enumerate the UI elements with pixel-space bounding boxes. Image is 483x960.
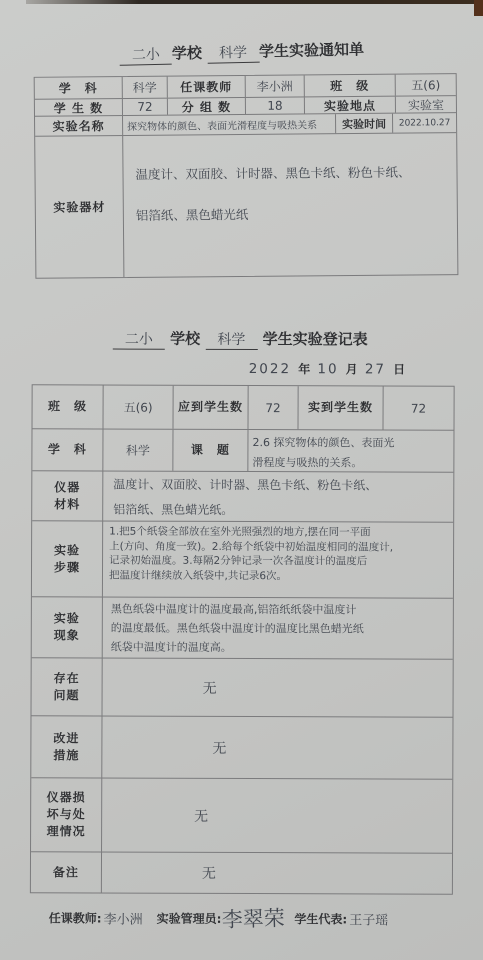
form2-title-subject-blank: 科学 bbox=[205, 329, 257, 350]
form1-title-suffix: 学生实验通知单 bbox=[259, 40, 364, 60]
class-label: 班 级 bbox=[33, 385, 103, 428]
form1-row-1: 学 科 科学 任课教师 李小洲 班 级 五(6) bbox=[35, 74, 456, 99]
form1-title: 二小学校 科学学生实验通知单 bbox=[0, 36, 483, 69]
experiment-time-label: 实验时间 bbox=[335, 114, 392, 133]
document-photo: 二小学校 科学学生实验通知单 学 科 科学 任课教师 李小洲 班 级 五(6) … bbox=[0, 0, 483, 960]
background-corner bbox=[474, 0, 483, 16]
experiment-name-label: 实验名称 bbox=[35, 116, 122, 136]
experiment-time-value: 2022.10.27 bbox=[392, 113, 456, 133]
remarks-value: 无 bbox=[101, 853, 452, 894]
steps-label: 实验 步骤 bbox=[32, 521, 102, 596]
form1-title-subject-blank: 科学 bbox=[207, 42, 259, 64]
teacher-signature: 李小洲 bbox=[104, 908, 143, 927]
problems-value: 无 bbox=[102, 659, 453, 717]
form2-date-line: 2022 年 10 月 27 日 bbox=[249, 360, 409, 378]
form2-title-school-label: 学校 bbox=[170, 330, 200, 348]
form2-row-problems: 存在 问题 无 bbox=[32, 657, 453, 716]
subject-label: 学 科 bbox=[35, 77, 122, 99]
damage-value: 无 bbox=[101, 779, 452, 853]
remarks-label: 备注 bbox=[31, 852, 101, 892]
improvements-label: 改进 措施 bbox=[31, 716, 101, 777]
location-value: 实验室 bbox=[395, 96, 456, 113]
form1-title-school-label: 学校 bbox=[172, 44, 202, 63]
form2-title-school-blank: 二小 bbox=[113, 329, 165, 350]
form2-title-suffix: 学生实验登记表 bbox=[263, 330, 368, 348]
actual-students-label: 实到学生数 bbox=[298, 386, 383, 429]
date-day-value: 27 bbox=[365, 361, 386, 377]
damage-label: 仪器损 坏与处 理情况 bbox=[31, 778, 101, 851]
date-year-label: 年 bbox=[298, 362, 310, 376]
student-rep-signature: 王子瑶 bbox=[349, 909, 388, 928]
group-count-label: 分 组 数 bbox=[167, 98, 245, 115]
form2-row-remarks: 备注 无 bbox=[31, 851, 452, 893]
form2-row-improvements: 改进 措施 无 bbox=[31, 715, 452, 778]
date-year-value: 2022 bbox=[249, 361, 291, 377]
form2-row-damage: 仪器损 坏与处 理情况 无 bbox=[31, 777, 452, 852]
class-value: 五(6) bbox=[103, 386, 173, 429]
subject-value: 科学 bbox=[102, 430, 172, 471]
form2-row-steps: 实验 步骤 1.把5个纸袋全部放在室外光照强烈的地方,摆在同一平面 上(方向、角… bbox=[32, 520, 453, 597]
date-month-value: 10 bbox=[317, 361, 338, 377]
topic-label: 课 题 bbox=[172, 430, 247, 471]
phenomenon-label: 实验 现象 bbox=[32, 597, 102, 657]
steps-value: 1.把5个纸袋全部放在室外光照强烈的地方,摆在同一平面 上(方向、角度一致)。2… bbox=[102, 522, 453, 598]
teacher-label: 任课教师 bbox=[167, 76, 245, 98]
topic-value: 2.6 探究物体的颜色、表面光 滑程度与吸热的关系。 bbox=[247, 430, 453, 472]
student-count-label: 学 生 数 bbox=[35, 99, 122, 116]
form2-signatures: 任课教师: 李小洲 实验管理员: 李翠荣 学生代表: 王子瑶 bbox=[49, 902, 459, 933]
subject-value: 科学 bbox=[122, 77, 167, 98]
expected-students-label: 应到学生数 bbox=[173, 386, 248, 429]
manager-signature-label: 实验管理员: bbox=[157, 909, 222, 926]
teacher-signature-label: 任课教师: bbox=[49, 909, 102, 926]
form2-row-class: 班 级 五(6) 应到学生数 72 实到学生数 72 bbox=[33, 385, 454, 429]
form2-row-materials: 仪器 材料 温度计、双面胶、计时器、黑色卡纸、粉色卡纸、 铝箔纸、黑色蜡光纸。 bbox=[32, 470, 453, 521]
form2-table: 班 级 五(6) 应到学生数 72 实到学生数 72 学 科 科学 课 题 2.… bbox=[30, 384, 455, 894]
paper-top-edge bbox=[26, 0, 477, 4]
student-count-value: 72 bbox=[122, 99, 167, 115]
location-label: 实验地点 bbox=[304, 97, 395, 114]
form2-row-phenomenon: 实验 现象 黑色纸袋中温度计的温度最高,铝箔纸纸袋中温度计 的温度最低。黑色纸袋… bbox=[32, 596, 453, 658]
phenomenon-value: 黑色纸袋中温度计的温度最高,铝箔纸纸袋中温度计 的温度最低。黑色纸袋中温度计的温… bbox=[102, 598, 453, 659]
student-rep-label: 学生代表: bbox=[294, 910, 347, 927]
form2-title: 二小 学校 科学 学生实验登记表 bbox=[0, 327, 482, 351]
manager-signature: 李翠荣 bbox=[221, 902, 285, 934]
class-value: 五(6) bbox=[395, 74, 456, 96]
expected-students-value: 72 bbox=[248, 386, 298, 429]
actual-students-value: 72 bbox=[383, 386, 454, 429]
materials-label: 仪器 材料 bbox=[32, 471, 102, 520]
experiment-name-value: 探究物体的颜色、表面光滑程度与吸热关系 bbox=[122, 114, 335, 135]
equipment-label: 实验器材 bbox=[35, 136, 123, 278]
problems-label: 存在 问题 bbox=[32, 658, 102, 715]
form1-row-4: 实验器材 温度计、双面胶、计时器、黑色卡纸、粉色卡纸、 铝箔纸、黑色蜡光纸 bbox=[35, 132, 457, 278]
form1-row-3: 实验名称 探究物体的颜色、表面光滑程度与吸热关系 实验时间 2022.10.27 bbox=[35, 112, 456, 136]
form1-title-school-blank: 二小 bbox=[120, 44, 172, 66]
form1-table: 学 科 科学 任课教师 李小洲 班 级 五(6) 学 生 数 72 分 组 数 … bbox=[34, 73, 459, 279]
form2-row-subject-topic: 学 科 科学 课 题 2.6 探究物体的颜色、表面光 滑程度与吸热的关系。 bbox=[32, 428, 453, 471]
date-month-label: 月 bbox=[346, 362, 358, 376]
materials-value: 温度计、双面胶、计时器、黑色卡纸、粉色卡纸、 铝箔纸、黑色蜡光纸。 bbox=[102, 472, 453, 522]
teacher-value: 李小洲 bbox=[245, 75, 304, 97]
subject-label: 学 科 bbox=[32, 429, 102, 470]
date-day-label: 日 bbox=[393, 363, 405, 377]
improvements-value: 无 bbox=[101, 717, 452, 779]
equipment-value: 温度计、双面胶、计时器、黑色卡纸、粉色卡纸、 铝箔纸、黑色蜡光纸 bbox=[122, 133, 457, 277]
group-count-value: 18 bbox=[245, 97, 304, 114]
class-label: 班 级 bbox=[304, 75, 395, 97]
